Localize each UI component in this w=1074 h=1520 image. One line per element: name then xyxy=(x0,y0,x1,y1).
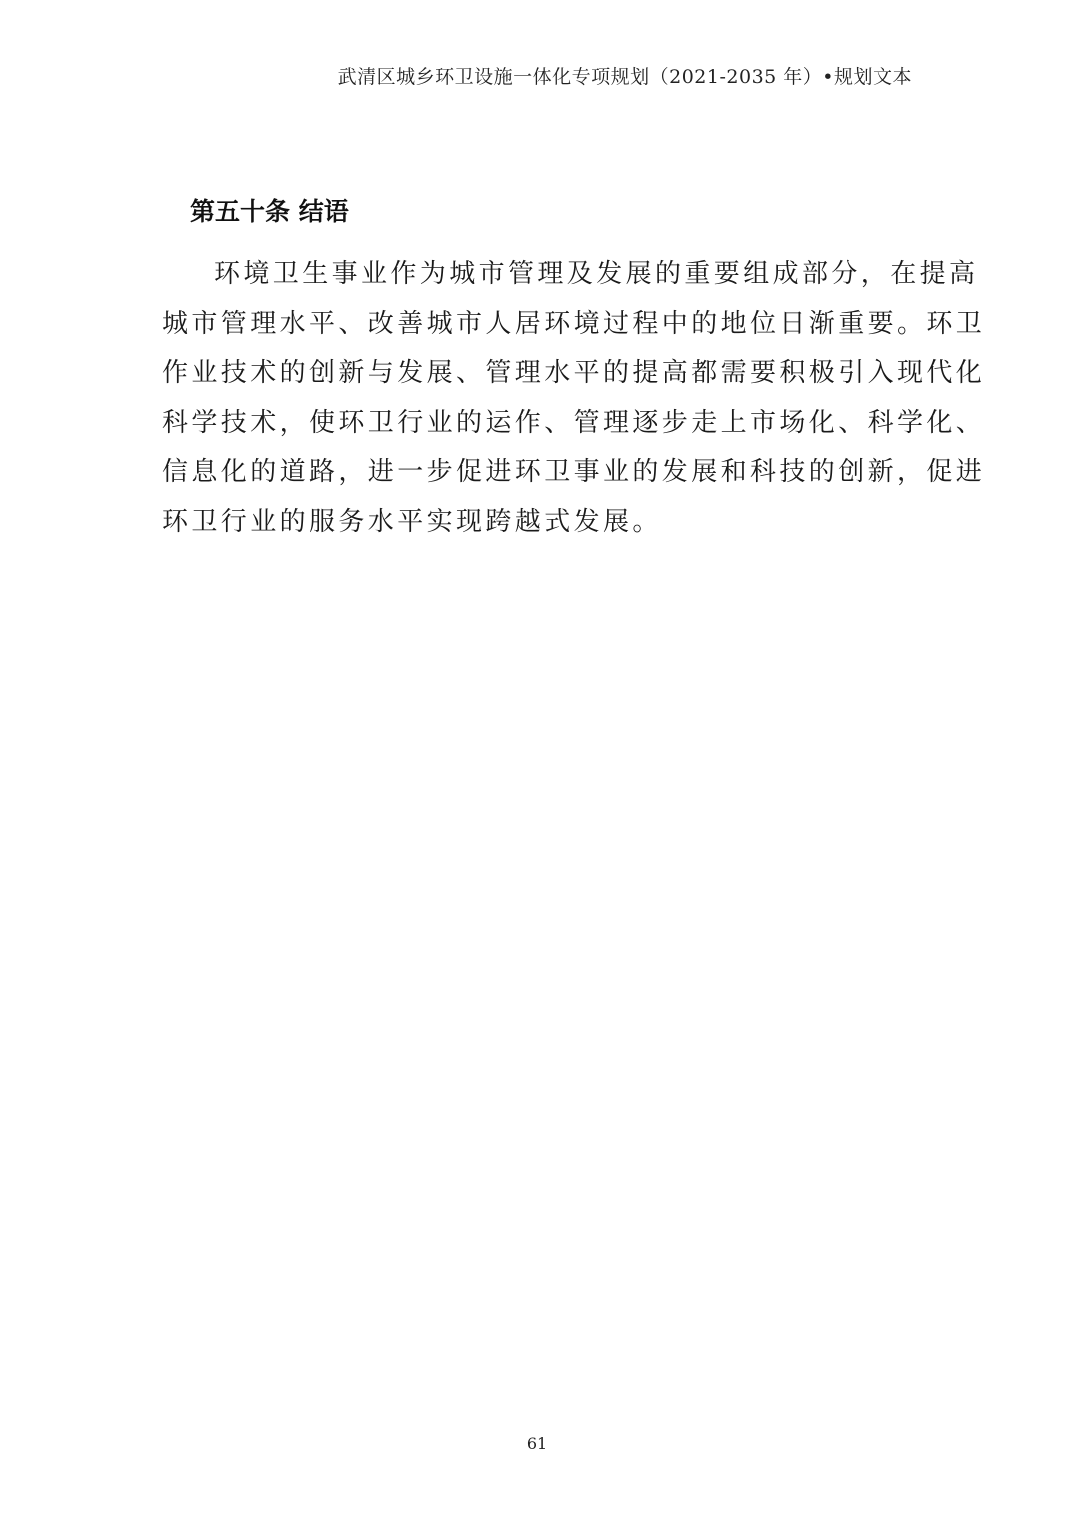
conclusion-paragraph: 环境卫生事业作为城市管理及发展的重要组成部分，在提高 城市管理水平、改善城市人居… xyxy=(162,250,912,547)
paragraph-line: 环境卫生事业作为城市管理及发展的重要组成部分，在提高 xyxy=(162,250,912,300)
paragraph-line: 城市管理水平、改善城市人居环境过程中的地位日渐重要。环卫 xyxy=(162,300,912,350)
paragraph-line: 科学技术，使环卫行业的运作、管理逐步走上市场化、科学化、 xyxy=(162,399,912,449)
paragraph-line: 信息化的道路，进一步促进环卫事业的发展和科技的创新，促进 xyxy=(162,448,912,498)
page-number: 61 xyxy=(0,1434,1074,1453)
paragraph-line: 环卫行业的服务水平实现跨越式发展。 xyxy=(162,498,912,548)
paragraph-line: 作业技术的创新与发展、管理水平的提高都需要积极引入现代化 xyxy=(162,349,912,399)
running-header: 武清区城乡环卫设施一体化专项规划（2021-2035 年）•规划文本 xyxy=(338,62,912,89)
article-title: 第五十条 结语 xyxy=(190,192,349,228)
